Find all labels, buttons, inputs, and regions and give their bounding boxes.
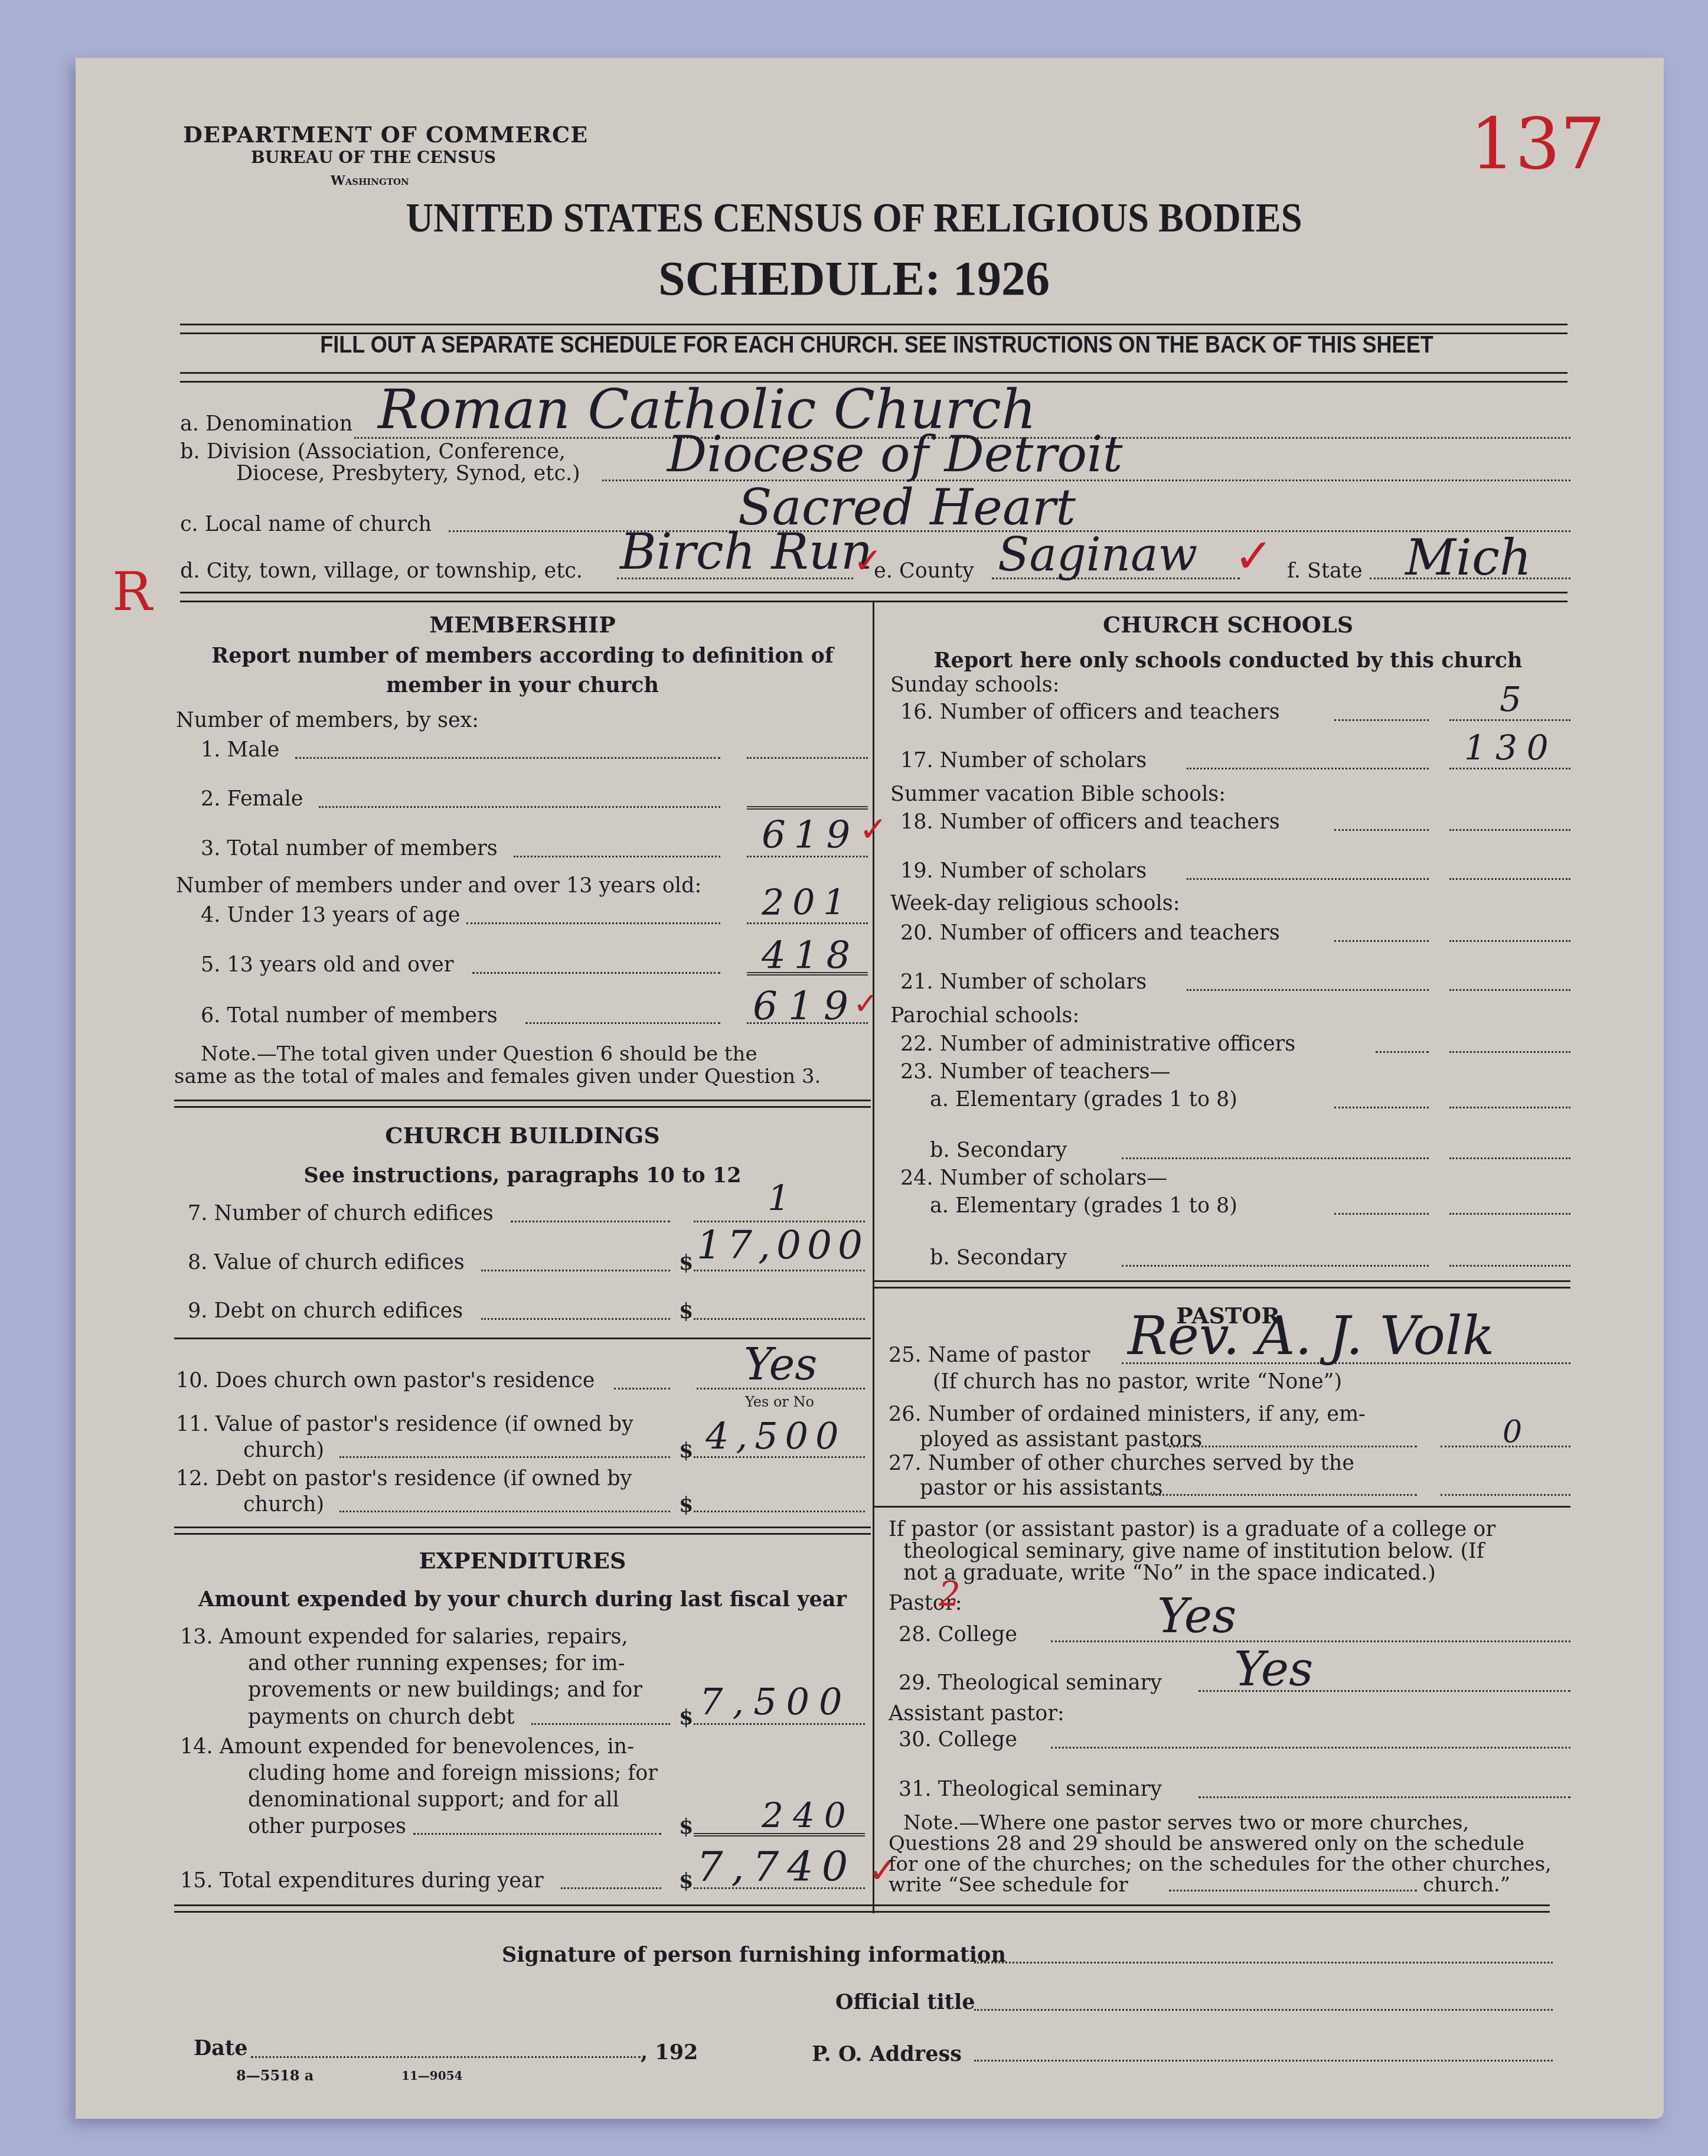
q14-amount-field[interactable]: 240 [762, 1795, 855, 1835]
q19-field[interactable] [1449, 878, 1570, 880]
membership-subtitle-2: member in your church [177, 673, 868, 697]
total-members-field[interactable]: 619 [762, 814, 858, 857]
leader-dots [1169, 1446, 1417, 1447]
section-rule [874, 1506, 1570, 1508]
leader-dots [511, 1221, 670, 1222]
residence-debt-label: 12. Debt on pastor's residence (if owned… [176, 1467, 632, 1490]
leader-dots [319, 806, 720, 808]
leader-dots [1334, 719, 1429, 721]
q24-label: 24. Number of scholars— [900, 1166, 1167, 1190]
q22-label: 22. Number of administrative officers [900, 1032, 1295, 1056]
leader-dots [1187, 878, 1429, 880]
edifices-count-label: 7. Number of church edifices [188, 1202, 494, 1225]
church-buildings-subtitle: See instructions, paragraphs 10 to 12 [177, 1163, 868, 1188]
q18-label: 18. Number of officers and teachers [900, 810, 1280, 834]
q24b-label: b. Secondary [930, 1246, 1067, 1270]
leader-dots [561, 1887, 661, 1889]
over-13-field[interactable]: 418 [762, 934, 858, 978]
official-title-field[interactable] [974, 2009, 1553, 2011]
q20-label: 20. Number of officers and teachers [900, 921, 1280, 945]
q28-college-field[interactable]: Yes [1157, 1589, 1236, 1643]
dollar-sign: $ [679, 1251, 693, 1275]
church-buildings-title: CHURCH BUILDINGS [177, 1122, 868, 1149]
q13-line-4: payments on church debt [248, 1705, 515, 1729]
leader-dots [1122, 1265, 1429, 1267]
column-divider [873, 602, 874, 1913]
graduate-instruction-1: If pastor (or assistant pastor) is a gra… [889, 1518, 1495, 1541]
residence-debt-field[interactable] [694, 1511, 865, 1512]
leader-dots [466, 922, 720, 924]
division-label-2: Diocese, Presbytery, Synod, etc.) [236, 462, 580, 485]
q24a-field[interactable] [1449, 1213, 1570, 1215]
q16-line [1449, 719, 1570, 721]
graduate-instruction-3: not a graduate, write “No” in the space … [903, 1561, 1436, 1585]
pastor-note-4: write “See schedule for [889, 1873, 1128, 1897]
q23a-field[interactable] [1449, 1107, 1570, 1108]
check-mark-icon: ✓ [853, 986, 879, 1022]
q30-field[interactable] [1051, 1747, 1570, 1749]
male-field[interactable] [747, 757, 868, 759]
q14-line-1: 14. Amount expended for benevolences, in… [180, 1735, 634, 1759]
q23-label: 23. Number of teachers— [900, 1060, 1170, 1084]
state-label: f. State [1287, 559, 1363, 583]
edifices-value-line [694, 1270, 865, 1271]
dollar-sign: $ [679, 1439, 693, 1463]
expenditures-title: EXPENDITURES [177, 1547, 868, 1574]
form-title: UNITED STATES CENSUS OF RELIGIOUS BODIES [68, 195, 1640, 242]
total-by-age-label: 6. Total number of members [201, 1004, 498, 1028]
q23b-label: b. Secondary [930, 1139, 1067, 1162]
margin-r-annotation: R [112, 561, 152, 623]
state-field[interactable]: Mich [1405, 529, 1531, 586]
q23b-field[interactable] [1449, 1157, 1570, 1159]
q28-label: 28. College [899, 1623, 1017, 1646]
leader-dots [472, 972, 720, 974]
leader-dots [1187, 989, 1429, 991]
bureau-heading: BUREAU OF THE CENSUS [251, 148, 496, 167]
leader-dots [1151, 1494, 1417, 1496]
expenditures-subtitle: Amount expended by your church during la… [177, 1587, 868, 1612]
q26-label-1: 26. Number of ordained ministers, if any… [889, 1402, 1366, 1426]
graduate-instruction-2: theological seminary, give name of insti… [903, 1539, 1484, 1563]
pastor-note-2: Questions 28 and 29 should be answered o… [889, 1832, 1524, 1855]
q21-field[interactable] [1449, 989, 1570, 991]
department-heading: DEPARTMENT OF COMMERCE [183, 121, 588, 148]
q24a-label: a. Elementary (grades 1 to 8) [930, 1194, 1237, 1218]
date-label: Date [194, 2036, 247, 2060]
q27-label-2: pastor or his assistants [920, 1476, 1162, 1500]
pastor-note-5: church.” [1423, 1873, 1510, 1897]
leader-dots [1334, 1213, 1429, 1215]
by-sex-label: Number of members, by sex: [176, 709, 479, 732]
q16-field[interactable]: 5 [1500, 679, 1521, 719]
dollar-sign: $ [679, 1815, 693, 1839]
q25-hint: (If church has no pastor, write “None”) [933, 1370, 1342, 1394]
double-rule [174, 1100, 871, 1108]
q13-line-2: and other running expenses; for im- [248, 1652, 625, 1675]
pastor-count-annotation: 2 [939, 1574, 961, 1614]
denomination-label: a. Denomination [180, 412, 352, 436]
male-label: 1. Male [201, 738, 279, 762]
edifices-value-label: 8. Value of church edifices [188, 1251, 465, 1274]
leader-dots [295, 757, 720, 759]
leader-dots [339, 1511, 670, 1512]
q14-line-2: cluding home and foreign missions; for [248, 1762, 658, 1785]
q13-line [694, 1723, 865, 1725]
q19-label: 19. Number of scholars [900, 859, 1147, 883]
leader-dots [481, 1270, 670, 1271]
membership-note-1: Note.—The total given under Question 6 s… [201, 1042, 757, 1066]
q13-amount-field[interactable]: 7,500 [700, 1680, 852, 1723]
q20-field[interactable] [1449, 940, 1570, 942]
schedule-title: SCHEDULE: 1926 [0, 251, 1708, 306]
date-field[interactable] [251, 2056, 641, 2058]
owns-residence-field[interactable]: Yes [744, 1339, 817, 1390]
residence-debt-label-cont: church) [243, 1493, 324, 1516]
q24b-field[interactable] [1449, 1265, 1570, 1267]
yes-or-no-hint: Yes or No [745, 1394, 814, 1410]
under-13-label: 4. Under 13 years of age [201, 904, 461, 927]
membership-title: MEMBERSHIP [177, 611, 868, 638]
residence-value-label: 11. Value of pastor's residence (if owne… [176, 1413, 633, 1436]
city-label: d. City, town, village, or township, etc… [180, 559, 583, 583]
official-title-label: Official title [835, 1990, 975, 2014]
weekday-schools-label: Week-day religious schools: [890, 892, 1180, 915]
q13-line-1: 13. Amount expended for salaries, repair… [180, 1625, 628, 1649]
q29-seminary-field[interactable]: Yes [1234, 1642, 1313, 1697]
q13-line-3: provements or new buildings; and for [248, 1678, 642, 1702]
check-mark-icon: ✓ [1234, 529, 1273, 583]
q14-line-3: denominational support; and for all [248, 1788, 619, 1812]
q26-label-2: ployed as assistant pastors [920, 1428, 1202, 1452]
summer-schools-label: Summer vacation Bible schools: [890, 782, 1226, 806]
church-schools-subtitle: Report here only schools conducted by th… [883, 648, 1573, 673]
edifices-count-field[interactable]: 1 [768, 1178, 790, 1219]
pastor-name-field[interactable]: Rev. A. J. Volk [1128, 1305, 1494, 1367]
q27-label-1: 27. Number of other churches served by t… [889, 1452, 1354, 1475]
signature-field[interactable] [974, 1962, 1553, 1963]
leader-dots [1334, 829, 1429, 831]
pastor-note-1: Note.—Where one pastor serves two or mor… [903, 1811, 1469, 1835]
female-field[interactable] [747, 806, 868, 810]
leader-dots [1376, 1051, 1429, 1053]
q30-label: 30. College [899, 1728, 1017, 1751]
leader-dots [481, 1318, 670, 1320]
year-prefix: , 192 [641, 2040, 698, 2064]
leader-dots [531, 1723, 670, 1725]
double-rule [174, 1904, 1550, 1913]
leader-dots [614, 1388, 670, 1390]
double-rule [180, 592, 1567, 602]
double-rule [874, 1280, 1570, 1289]
q27-field[interactable] [1441, 1494, 1570, 1496]
q15-label: 15. Total expenditures during year [180, 1869, 544, 1893]
dollar-sign: $ [679, 1299, 693, 1323]
q31-field[interactable] [1198, 1796, 1570, 1798]
leader-dots [1122, 1157, 1429, 1159]
q21-label: 21. Number of scholars [900, 970, 1147, 994]
county-label: e. County [874, 559, 974, 583]
residence-value-label-cont: church) [243, 1439, 324, 1462]
division-field[interactable]: Diocese of Detroit [667, 425, 1123, 483]
leader-dots [1187, 768, 1429, 769]
church-schools-title: CHURCH SCHOOLS [883, 611, 1573, 638]
by-age-label: Number of members under and over 13 year… [176, 874, 701, 898]
residence-value-field[interactable]: 4,500 [706, 1414, 846, 1457]
leader-dots [1334, 1107, 1429, 1108]
leader-dots [514, 856, 720, 857]
see-schedule-field[interactable] [1169, 1890, 1417, 1891]
sunday-schools-label: Sunday schools: [890, 673, 1059, 697]
page-number-annotation: 137 [1470, 103, 1605, 185]
q15-total-field[interactable]: 7,740 [697, 1842, 856, 1891]
q31-label: 31. Theological seminary [899, 1777, 1162, 1801]
q26-field[interactable]: 0 [1503, 1414, 1522, 1450]
membership-note-2: same as the total of males and females g… [174, 1065, 821, 1088]
print-code: 11—9054 [401, 2069, 463, 2083]
leader-dots [339, 1456, 670, 1458]
dollar-sign: $ [679, 1705, 693, 1730]
over-13-label: 5. 13 years old and over [201, 953, 453, 977]
city-heading: Washington [331, 173, 409, 188]
signature-label: Signature of person furnishing informati… [502, 1943, 1006, 1967]
double-rule [174, 1527, 871, 1535]
po-address-label: P. O. Address [812, 2042, 962, 2066]
q17-label: 17. Number of scholars [900, 749, 1147, 772]
q29-label: 29. Theological seminary [899, 1671, 1162, 1695]
division-label-1: b. Division (Association, Conference, [180, 440, 566, 464]
po-address-field[interactable] [974, 2060, 1553, 2062]
dollar-sign: $ [679, 1869, 693, 1893]
q17-line [1449, 768, 1570, 769]
form-number: 8—5518 a [236, 2067, 313, 2084]
membership-subtitle-1: Report number of members according to de… [177, 644, 868, 668]
assistant-pastor-subheading: Assistant pastor: [889, 1702, 1064, 1726]
total-by-age-field[interactable]: 619 [753, 983, 859, 1029]
leader-dots [1334, 940, 1429, 942]
q17-field[interactable]: 130 [1464, 728, 1558, 768]
check-mark-icon: ✓ [859, 809, 888, 849]
q25-label: 25. Name of pastor [889, 1343, 1090, 1367]
leader-dots [413, 1833, 661, 1835]
total-members-label: 3. Total number of members [201, 837, 498, 860]
fill-out-instruction: FILL OUT A SEPARATE SCHEDULE FOR EACH CH… [261, 331, 1493, 358]
q16-label: 16. Number of officers and teachers [900, 700, 1280, 724]
edifices-debt-field[interactable] [694, 1318, 865, 1320]
leader-dots [525, 1022, 720, 1024]
county-field[interactable]: Saginaw [998, 529, 1197, 582]
q23a-label: a. Elementary (grades 1 to 8) [930, 1088, 1237, 1111]
under-13-field[interactable]: 201 [762, 882, 854, 924]
local-name-label: c. Local name of church [180, 513, 432, 536]
edifices-value-field[interactable]: 17,000 [697, 1222, 868, 1268]
q18-field[interactable] [1449, 829, 1570, 831]
dollar-sign: $ [679, 1493, 693, 1517]
city-field[interactable]: Birch Run [620, 523, 873, 580]
edifices-debt-label: 9. Debt on church edifices [188, 1299, 463, 1323]
q14-line-4: other purposes [248, 1815, 406, 1838]
owns-residence-label: 10. Does church own pastor's residence [176, 1369, 595, 1392]
q22-field[interactable] [1449, 1051, 1570, 1053]
pastor-note-3: for one of the churches; on the schedule… [889, 1852, 1552, 1876]
parochial-schools-label: Parochial schools: [890, 1004, 1079, 1028]
female-label: 2. Female [201, 787, 303, 811]
